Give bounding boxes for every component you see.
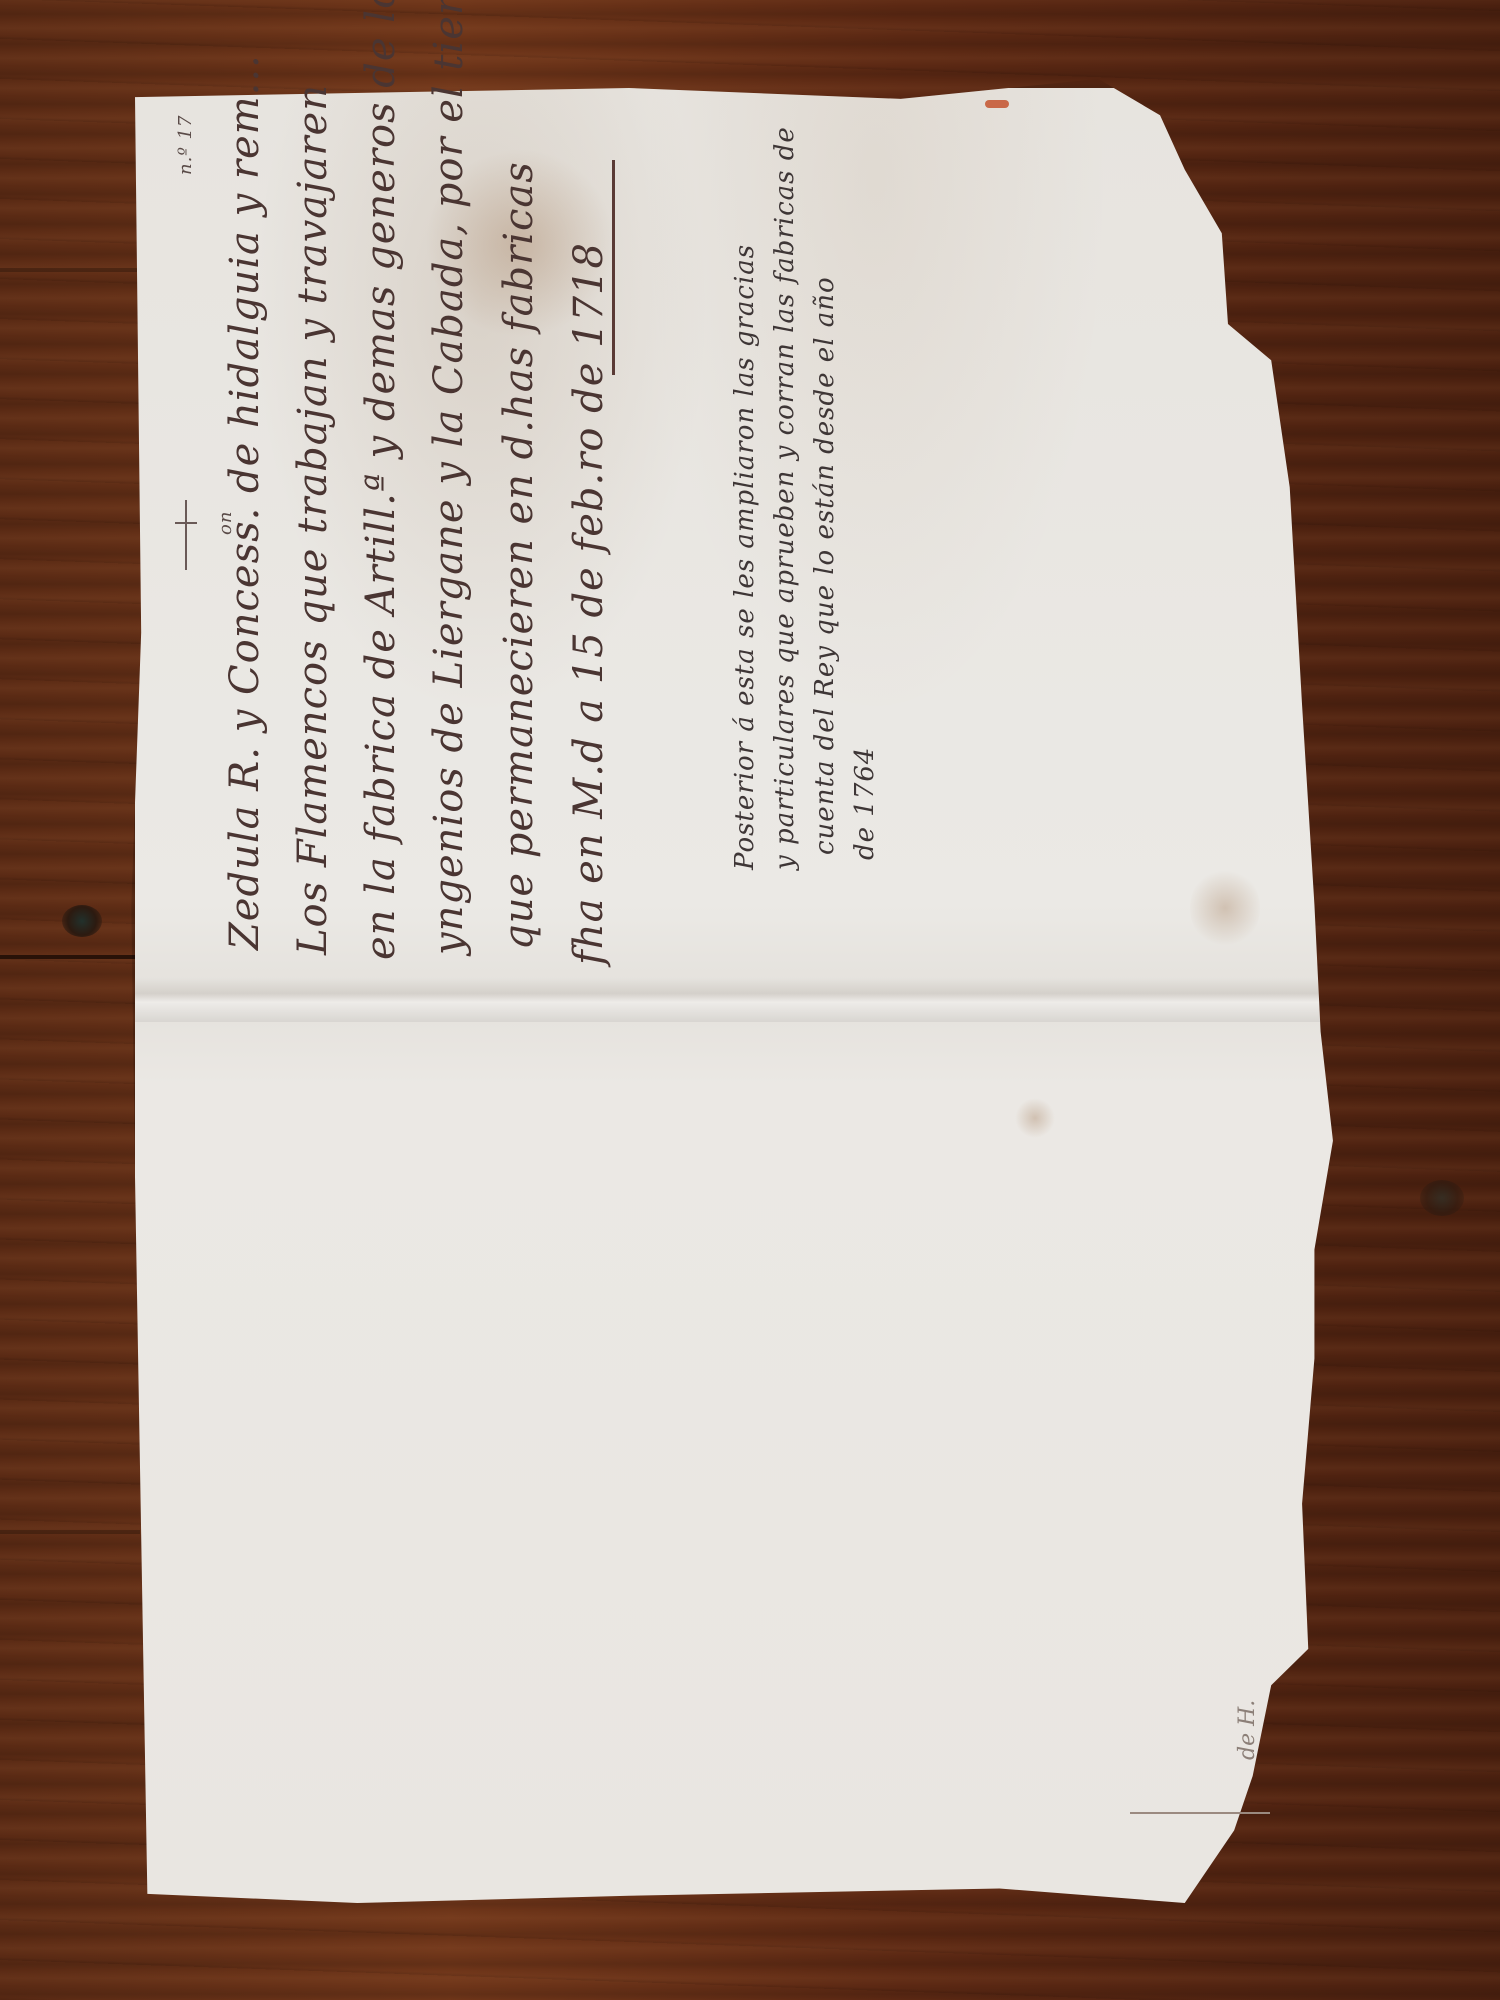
corner-ruled-line — [1130, 1812, 1270, 1814]
wood-plank-seam — [0, 955, 140, 959]
date-underline — [612, 160, 615, 375]
heading-line-5: que permanecieren en d.has fabricas — [496, 161, 542, 950]
marginal-note-line-3: cuenta del Rey que lo están desde el año — [810, 276, 840, 855]
paper-fold-crease — [135, 978, 1370, 1022]
marginal-note-line-1: Posterior á esta se les ampliaron las gr… — [730, 244, 760, 870]
red-wax-mark — [985, 100, 1009, 108]
date-line: fha en M.d a 15 de feb.ro de 1718 — [566, 242, 612, 965]
wood-plank-seam — [0, 1530, 140, 1534]
foxing-stain — [1190, 868, 1260, 948]
wood-plank-seam — [0, 268, 140, 272]
heading-line-2: Los Flamencos que trabajan y travajaren — [290, 84, 336, 955]
heading-line-4: yngenios de Liergane y la Cabada, por el… — [426, 0, 472, 955]
heading-line-3: en la fabrica de Artill.ª y demas genero… — [358, 0, 404, 960]
torn-corner-fragment: de H. — [1235, 1700, 1260, 1760]
marginal-note-line-2: y particulares que aprueben y corran las… — [770, 126, 800, 870]
marginal-note-year: de 1764 — [850, 747, 880, 860]
wood-knot — [62, 905, 102, 937]
page-number: n.º 17 — [175, 115, 196, 175]
wood-knot — [1420, 1180, 1464, 1216]
cross-mark — [185, 500, 187, 570]
foxing-stain — [1015, 1098, 1055, 1138]
heading-line-1: Zedula R. y Concess. de hidalguia y rem.… — [222, 54, 268, 950]
